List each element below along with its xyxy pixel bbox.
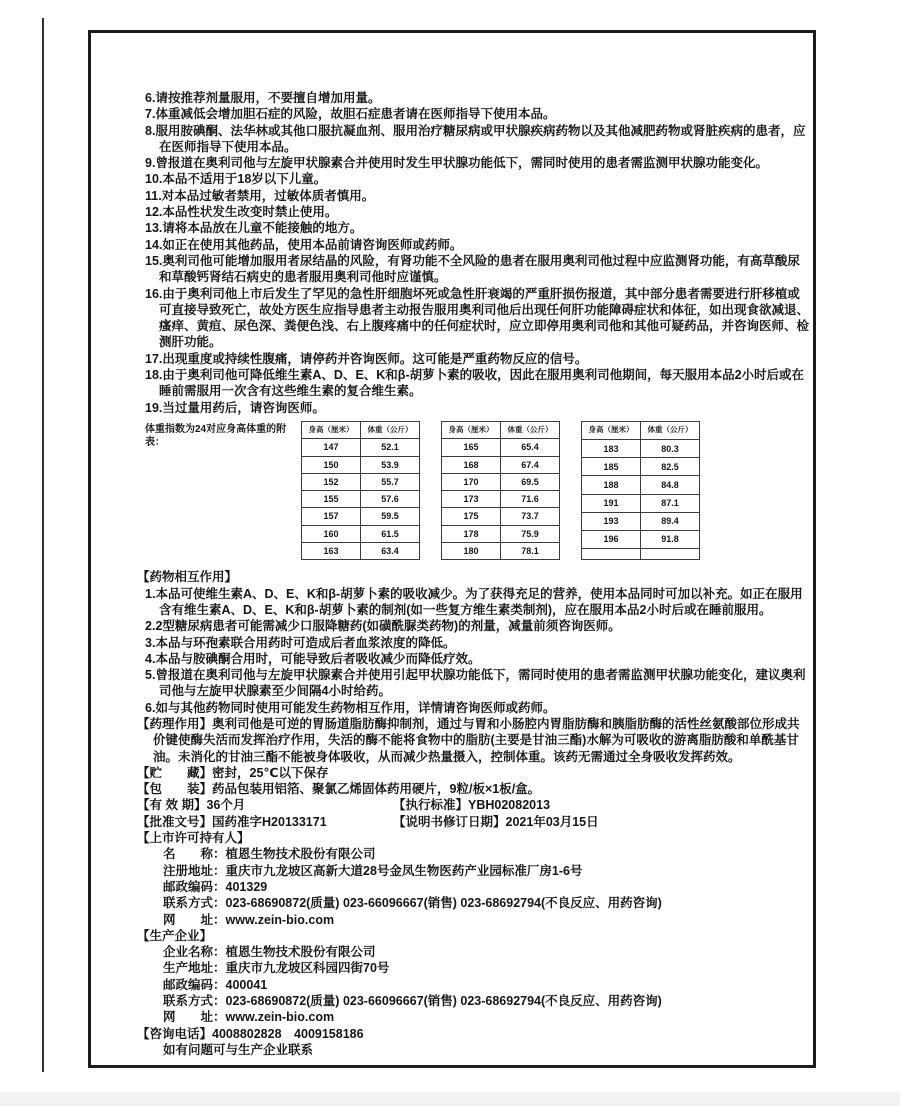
- consult-phone-label: 【咨询电话】: [137, 1027, 212, 1041]
- bmi-cell: 71.6: [501, 491, 560, 508]
- consult-phone-value: 4008802828 4009158186: [212, 1027, 364, 1041]
- interaction-item: 4.本品与胺碘酮合用时，可能导致后者吸收减少而降低疗效。: [145, 651, 809, 667]
- precaution-item: 9.曾报道在奥利司他与左旋甲状腺素合并使用时发生甲状腺功能低下，需同时使用的患者…: [145, 155, 809, 171]
- bmi-cell: 165: [442, 439, 501, 456]
- precaution-item: 13.请将本品放在儿童不能接触的地方。: [145, 220, 809, 236]
- precautions-list: 6.请按推荐剂量服用，不要擅自增加用量。 7.体重减低会增加胆石症的风险，故胆石…: [137, 90, 809, 416]
- manufacturer-section: 【生产企业】 企业名称：植恩生物技术股份有限公司 生产地址：重庆市九龙坡区科园四…: [137, 928, 809, 1026]
- validity-cell: 【有 效 期】36个月: [137, 797, 393, 813]
- field-value: www.zein-bio.com: [226, 913, 335, 927]
- bmi-cell: 57.6: [361, 491, 420, 508]
- precaution-text: 本品性状发生改变时禁止使用。: [162, 205, 337, 219]
- field-value: 重庆市九龙坡区高新大道28号金凤生物医药产业园标准厂房1-6号: [226, 864, 583, 878]
- bmi-cell: 73.7: [501, 508, 560, 525]
- bmi-cell: 183: [582, 440, 641, 458]
- bmi-cell: 157: [302, 508, 361, 525]
- precaution-text: 曾报道在奥利司他与左旋甲状腺素合并使用时发生甲状腺功能低下，需同时使用的患者需监…: [155, 156, 768, 170]
- bmi-tables: 身高（厘米）体重（公斤）14752.115053.915255.715557.6…: [301, 421, 700, 560]
- approval-label: 【批准文号】: [137, 815, 212, 829]
- field-label: 联系方式：: [163, 896, 226, 910]
- insert-border-frame: 6.请按推荐剂量服用，不要擅自增加用量。 7.体重减低会增加胆石症的风险，故胆石…: [88, 30, 816, 1068]
- precaution-text: 由于奥利司他可降低维生素A、D、E、K和β-胡萝卜素的吸收，因此在服用奥利司他期…: [159, 368, 804, 398]
- precaution-text: 请将本品放在儿童不能接触的地方。: [162, 221, 362, 235]
- field-label: 网 址：: [163, 913, 226, 927]
- bmi-header-cell: 体重（公斤）: [501, 421, 560, 438]
- bmi-cell: 63.4: [361, 543, 420, 560]
- holder-field-row: 联系方式：023-68690872(质量) 023-66096667(销售) 0…: [163, 895, 809, 911]
- interaction-number: 3.: [145, 636, 155, 650]
- bmi-cell: 180: [442, 543, 501, 560]
- interaction-text: 2型糖尿病患者可能需减少口服降糖药(如磺酰脲类药物)的剂量，减量前须咨询医师。: [155, 619, 620, 633]
- interaction-number: 4.: [145, 652, 155, 666]
- bmi-cell: 175: [442, 508, 501, 525]
- interaction-number: 6.: [145, 701, 155, 715]
- closing-note: 如有问题可与生产企业联系: [163, 1042, 809, 1058]
- validity-value: 36个月: [206, 798, 245, 812]
- interaction-item: 3.本品与环孢素联合用药时可造成后者血浆浓度的降低。: [145, 635, 809, 651]
- precaution-text: 出现重度或持续性腹痛，请停药并咨询医师。这可能是严重药物反应的信号。: [162, 352, 587, 366]
- precaution-item: 16.由于奥利司他上市后发生了罕见的急性肝细胞坏死或急性肝衰竭的严重肝损伤报道，…: [145, 286, 809, 351]
- storage-label: 【贮 藏】: [137, 766, 212, 780]
- field-value: 023-68690872(质量) 023-66096667(销售) 023-68…: [226, 994, 662, 1008]
- bmi-cell: 193: [582, 512, 641, 530]
- bmi-cell: 55.7: [361, 473, 420, 490]
- precaution-item: 11.对本品过敏者禁用，过敏体质者慎用。: [145, 188, 809, 204]
- field-label: 网 址：: [163, 1010, 226, 1024]
- interaction-text: 曾报道在奥利司他与左旋甲状腺素合并使用引起甲状腺功能低下，需同时使用的患者需监测…: [155, 668, 805, 698]
- bmi-cell: 84.8: [641, 476, 700, 494]
- field-label: 企业名称：: [163, 945, 226, 959]
- validity-standard-row: 【有 效 期】36个月 【执行标准】YBH02082013: [137, 797, 809, 813]
- bmi-cell: 52.1: [361, 439, 420, 456]
- precaution-text: 请按推荐剂量服用，不要擅自增加用量。: [155, 91, 380, 105]
- precaution-number: 15.: [145, 254, 162, 268]
- manufacturer-field-row: 企业名称：植恩生物技术股份有限公司: [163, 944, 809, 960]
- bmi-cell: [641, 548, 700, 559]
- precaution-number: 7.: [145, 107, 155, 121]
- revision-value: 2021年03月15日: [506, 815, 599, 829]
- bmi-cell: [582, 548, 641, 559]
- pharmacology-paragraph: 【药理作用】奥利司他是可逆的胃肠道脂肪酶抑制剂，通过与胃和小肠腔内胃脂肪酶和胰脂…: [137, 716, 809, 765]
- standard-value: YBH02082013: [468, 798, 550, 812]
- field-value: 023-68690872(质量) 023-66096667(销售) 023-68…: [226, 896, 662, 910]
- bmi-cell: 53.9: [361, 456, 420, 473]
- field-value: 植恩生物技术股份有限公司: [226, 945, 376, 959]
- storage-row: 【贮 藏】密封，25℃以下保存: [137, 765, 809, 781]
- manufacturer-field-row: 生产地址：重庆市九龙坡区科园四街70号: [163, 960, 809, 976]
- precaution-text: 奥利司他可能增加服用者尿结晶的风险，有肾功能不全风险的患者在服用奥利司他过程中应…: [159, 254, 800, 284]
- bmi-cell: 87.1: [641, 494, 700, 512]
- bmi-cell: 188: [582, 476, 641, 494]
- precaution-number: 14.: [145, 238, 162, 252]
- standard-cell: 【执行标准】YBH02082013: [393, 797, 550, 813]
- precaution-number: 12.: [145, 205, 162, 219]
- bmi-header-cell: 体重（公斤）: [361, 421, 420, 438]
- interaction-text: 如与其他药物同时使用可能发生药物相互作用，详情请咨询医师或药师。: [155, 701, 555, 715]
- precaution-text: 体重减低会增加胆石症的风险，故胆石症患者请在医师指导下使用本品。: [155, 107, 555, 121]
- interaction-text: 本品与环孢素联合用药时可造成后者血浆浓度的降低。: [155, 636, 455, 650]
- bmi-cell: 168: [442, 456, 501, 473]
- pharmacology-label: 【药理作用】: [137, 717, 212, 731]
- precaution-text: 本品不适用于18岁以下儿童。: [162, 172, 326, 186]
- field-value: www.zein-bio.com: [226, 1010, 335, 1024]
- interaction-item: 5.曾报道在奥利司他与左旋甲状腺素合并使用引起甲状腺功能低下，需同时使用的患者需…: [145, 667, 809, 700]
- drug-interactions-section: 【药物相互作用】 1.本品可使维生素A、D、E、K和β-胡萝卜素的吸收减少。为了…: [137, 569, 809, 716]
- bmi-cell: 69.5: [501, 473, 560, 490]
- holder-field-row: 网 址：www.zein-bio.com: [163, 912, 809, 928]
- manufacturer-fields: 企业名称：植恩生物技术股份有限公司 生产地址：重庆市九龙坡区科园四街70号 邮政…: [137, 944, 809, 1025]
- bmi-cell: 185: [582, 458, 641, 476]
- standard-label: 【执行标准】: [393, 798, 468, 812]
- interaction-text: 本品可使维生素A、D、E、K和β-胡萝卜素的吸收减少。为了获得充足的营养，使用本…: [155, 587, 802, 617]
- package-value: 药品包装用铝箔、聚氯乙烯固体药用硬片，9粒/板×1板/盒。: [212, 782, 540, 796]
- revision-label: 【说明书修订日期】: [393, 815, 506, 829]
- bmi-cell: 61.5: [361, 525, 420, 542]
- field-value: 401329: [226, 880, 268, 894]
- bmi-cell: 59.5: [361, 508, 420, 525]
- approval-value: 国药准字H20133171: [212, 815, 327, 829]
- precaution-item: 12.本品性状发生改变时禁止使用。: [145, 204, 809, 220]
- bmi-cell: 65.4: [501, 439, 560, 456]
- interaction-number: 1.: [145, 587, 155, 601]
- precaution-item: 7.体重减低会增加胆石症的风险，故胆石症患者请在医师指导下使用本品。: [145, 106, 809, 122]
- precaution-number: 17.: [145, 352, 162, 366]
- precaution-number: 10.: [145, 172, 162, 186]
- precaution-number: 13.: [145, 221, 162, 235]
- precaution-text: 对本品过敏者禁用，过敏体质者慎用。: [162, 189, 375, 203]
- bmi-cell: 163: [302, 543, 361, 560]
- precaution-number: 11.: [145, 189, 162, 203]
- approval-cell: 【批准文号】国药准字H20133171: [137, 814, 393, 830]
- interaction-text: 本品与胺碘酮合用时，可能导致后者吸收减少而降低疗效。: [155, 652, 480, 666]
- precaution-item: 18.由于奥利司他可降低维生素A、D、E、K和β-胡萝卜素的吸收，因此在服用奥利…: [145, 367, 809, 400]
- precaution-text: 当过量用药后，请咨询医师。: [162, 401, 325, 415]
- precaution-item: 17.出现重度或持续性腹痛，请停药并咨询医师。这可能是严重药物反应的信号。: [145, 351, 809, 367]
- interaction-item: 1.本品可使维生素A、D、E、K和β-胡萝卜素的吸收减少。为了获得充足的营养，使…: [145, 586, 809, 619]
- drug-interactions-title: 【药物相互作用】: [137, 569, 809, 585]
- bmi-table: 身高（厘米）体重（公斤）18380.318582.518884.819187.1…: [581, 421, 700, 560]
- precaution-item: 6.请按推荐剂量服用，不要擅自增加用量。: [145, 90, 809, 106]
- precaution-number: 19.: [145, 401, 162, 415]
- precaution-number: 18.: [145, 368, 162, 382]
- interaction-item: 2.2型糖尿病患者可能需减少口服降糖药(如磺酰脲类药物)的剂量，减量前须咨询医师…: [145, 618, 809, 634]
- bmi-cell: 196: [582, 530, 641, 548]
- bmi-cell: 173: [442, 491, 501, 508]
- precaution-text: 如正在使用其他药品，使用本品前请咨询医师或药师。: [162, 238, 462, 252]
- bmi-header-cell: 身高（厘米）: [302, 421, 361, 438]
- precaution-item: 15.奥利司他可能增加服用者尿结晶的风险，有肾功能不全风险的患者在服用奥利司他过…: [145, 253, 809, 286]
- interaction-item: 6.如与其他药物同时使用可能发生药物相互作用，详情请咨询医师或药师。: [145, 700, 809, 716]
- storage-value: 密封，25℃以下保存: [212, 766, 329, 780]
- field-value: 植恩生物技术股份有限公司: [226, 847, 376, 861]
- bmi-cell: 152: [302, 473, 361, 490]
- bmi-cell: 89.4: [641, 512, 700, 530]
- revision-cell: 【说明书修订日期】2021年03月15日: [393, 814, 599, 830]
- precaution-number: 8.: [145, 124, 155, 138]
- bmi-cell: 155: [302, 491, 361, 508]
- bmi-header-cell: 身高（厘米）: [582, 421, 641, 439]
- precaution-number: 6.: [145, 91, 155, 105]
- holder-field-row: 注册地址：重庆市九龙坡区高新大道28号金凤生物医药产业园标准厂房1-6号: [163, 863, 809, 879]
- precaution-text: 由于奥利司他上市后发生了罕见的急性肝细胞坏死或急性肝衰竭的严重肝损伤报道，其中部…: [159, 287, 809, 350]
- bmi-cell: 78.1: [501, 543, 560, 560]
- holder-title: 【上市许可持有人】: [137, 830, 809, 846]
- package-label: 【包 装】: [137, 782, 212, 796]
- bmi-cell: 67.4: [501, 456, 560, 473]
- field-label: 邮政编码：: [163, 978, 226, 992]
- bmi-table: 身高（厘米）体重（公斤）14752.115053.915255.715557.6…: [301, 421, 420, 560]
- precaution-item: 10.本品不适用于18岁以下儿童。: [145, 171, 809, 187]
- bmi-cell: 191: [582, 494, 641, 512]
- manufacturer-field-row: 邮政编码：400041: [163, 977, 809, 993]
- approval-revision-row: 【批准文号】国药准字H20133171 【说明书修订日期】2021年03月15日: [137, 814, 809, 830]
- bmi-cell: 160: [302, 525, 361, 542]
- holder-section: 【上市许可持有人】 名 称：植恩生物技术股份有限公司 注册地址：重庆市九龙坡区高…: [137, 830, 809, 928]
- package-row: 【包 装】药品包装用铝箔、聚氯乙烯固体药用硬片，9粒/板×1板/盒。: [137, 781, 809, 797]
- bmi-cell: 147: [302, 439, 361, 456]
- validity-label: 【有 效 期】: [137, 798, 206, 812]
- precaution-item: 19.当过量用药后，请咨询医师。: [145, 400, 809, 416]
- bmi-cell: 178: [442, 525, 501, 542]
- manufacturer-field-row: 联系方式：023-68690872(质量) 023-66096667(销售) 0…: [163, 993, 809, 1009]
- manufacturer-title: 【生产企业】: [137, 928, 809, 944]
- scan-edge-shadow: [0, 1092, 900, 1106]
- holder-fields: 名 称：植恩生物技术股份有限公司 注册地址：重庆市九龙坡区高新大道28号金凤生物…: [137, 846, 809, 927]
- precaution-item: 14.如正在使用其他药品，使用本品前请咨询医师或药师。: [145, 237, 809, 253]
- leaflet-fold-line: [42, 18, 44, 1072]
- precaution-number: 9.: [145, 156, 155, 170]
- precaution-text: 服用胺碘酮、法华林或其他口服抗凝血剂、服用治疗糖尿病或甲状腺疾病药物以及其他减肥…: [155, 124, 805, 154]
- insert-content: 6.请按推荐剂量服用，不要擅自增加用量。 7.体重减低会增加胆石症的风险，故胆石…: [91, 33, 813, 1058]
- bmi-cell: 80.3: [641, 440, 700, 458]
- bmi-cell: 150: [302, 456, 361, 473]
- interactions-list: 1.本品可使维生素A、D、E、K和β-胡萝卜素的吸收减少。为了获得充足的营养，使…: [137, 586, 809, 716]
- consult-phone-row: 【咨询电话】4008802828 4009158186: [137, 1026, 809, 1042]
- interaction-number: 2.: [145, 619, 155, 633]
- holder-field-row: 名 称：植恩生物技术股份有限公司: [163, 846, 809, 862]
- bmi-header-cell: 体重（公斤）: [641, 421, 700, 439]
- field-label: 生产地址：: [163, 961, 226, 975]
- bmi-table: 身高（厘米）体重（公斤）16565.416867.417069.517371.6…: [441, 421, 560, 560]
- precaution-number: 16.: [145, 287, 162, 301]
- field-label: 注册地址：: [163, 864, 226, 878]
- bmi-cell: 91.8: [641, 530, 700, 548]
- precaution-item: 8.服用胺碘酮、法华林或其他口服抗凝血剂、服用治疗糖尿病或甲状腺疾病药物以及其他…: [145, 123, 809, 156]
- bmi-cell: 75.9: [501, 525, 560, 542]
- field-label: 联系方式：: [163, 994, 226, 1008]
- bmi-cell: 82.5: [641, 458, 700, 476]
- pharmacology-text: 奥利司他是可逆的胃肠道脂肪酶抑制剂，通过与胃和小肠腔内胃脂肪酶和胰脂肪酶的活性丝…: [153, 717, 800, 764]
- field-value: 400041: [226, 978, 268, 992]
- field-value: 重庆市九龙坡区科园四街70号: [226, 961, 390, 975]
- manufacturer-field-row: 网 址：www.zein-bio.com: [163, 1009, 809, 1025]
- field-label: 名 称：: [163, 847, 226, 861]
- interaction-number: 5.: [145, 668, 155, 682]
- field-label: 邮政编码：: [163, 880, 226, 894]
- bmi-table-label: 体重指数为24对应身高体重的附表：: [145, 421, 301, 449]
- bmi-section: 体重指数为24对应身高体重的附表： 身高（厘米）体重（公斤）14752.1150…: [145, 421, 809, 560]
- bmi-cell: 170: [442, 473, 501, 490]
- bmi-header-cell: 身高（厘米）: [442, 421, 501, 438]
- holder-field-row: 邮政编码：401329: [163, 879, 809, 895]
